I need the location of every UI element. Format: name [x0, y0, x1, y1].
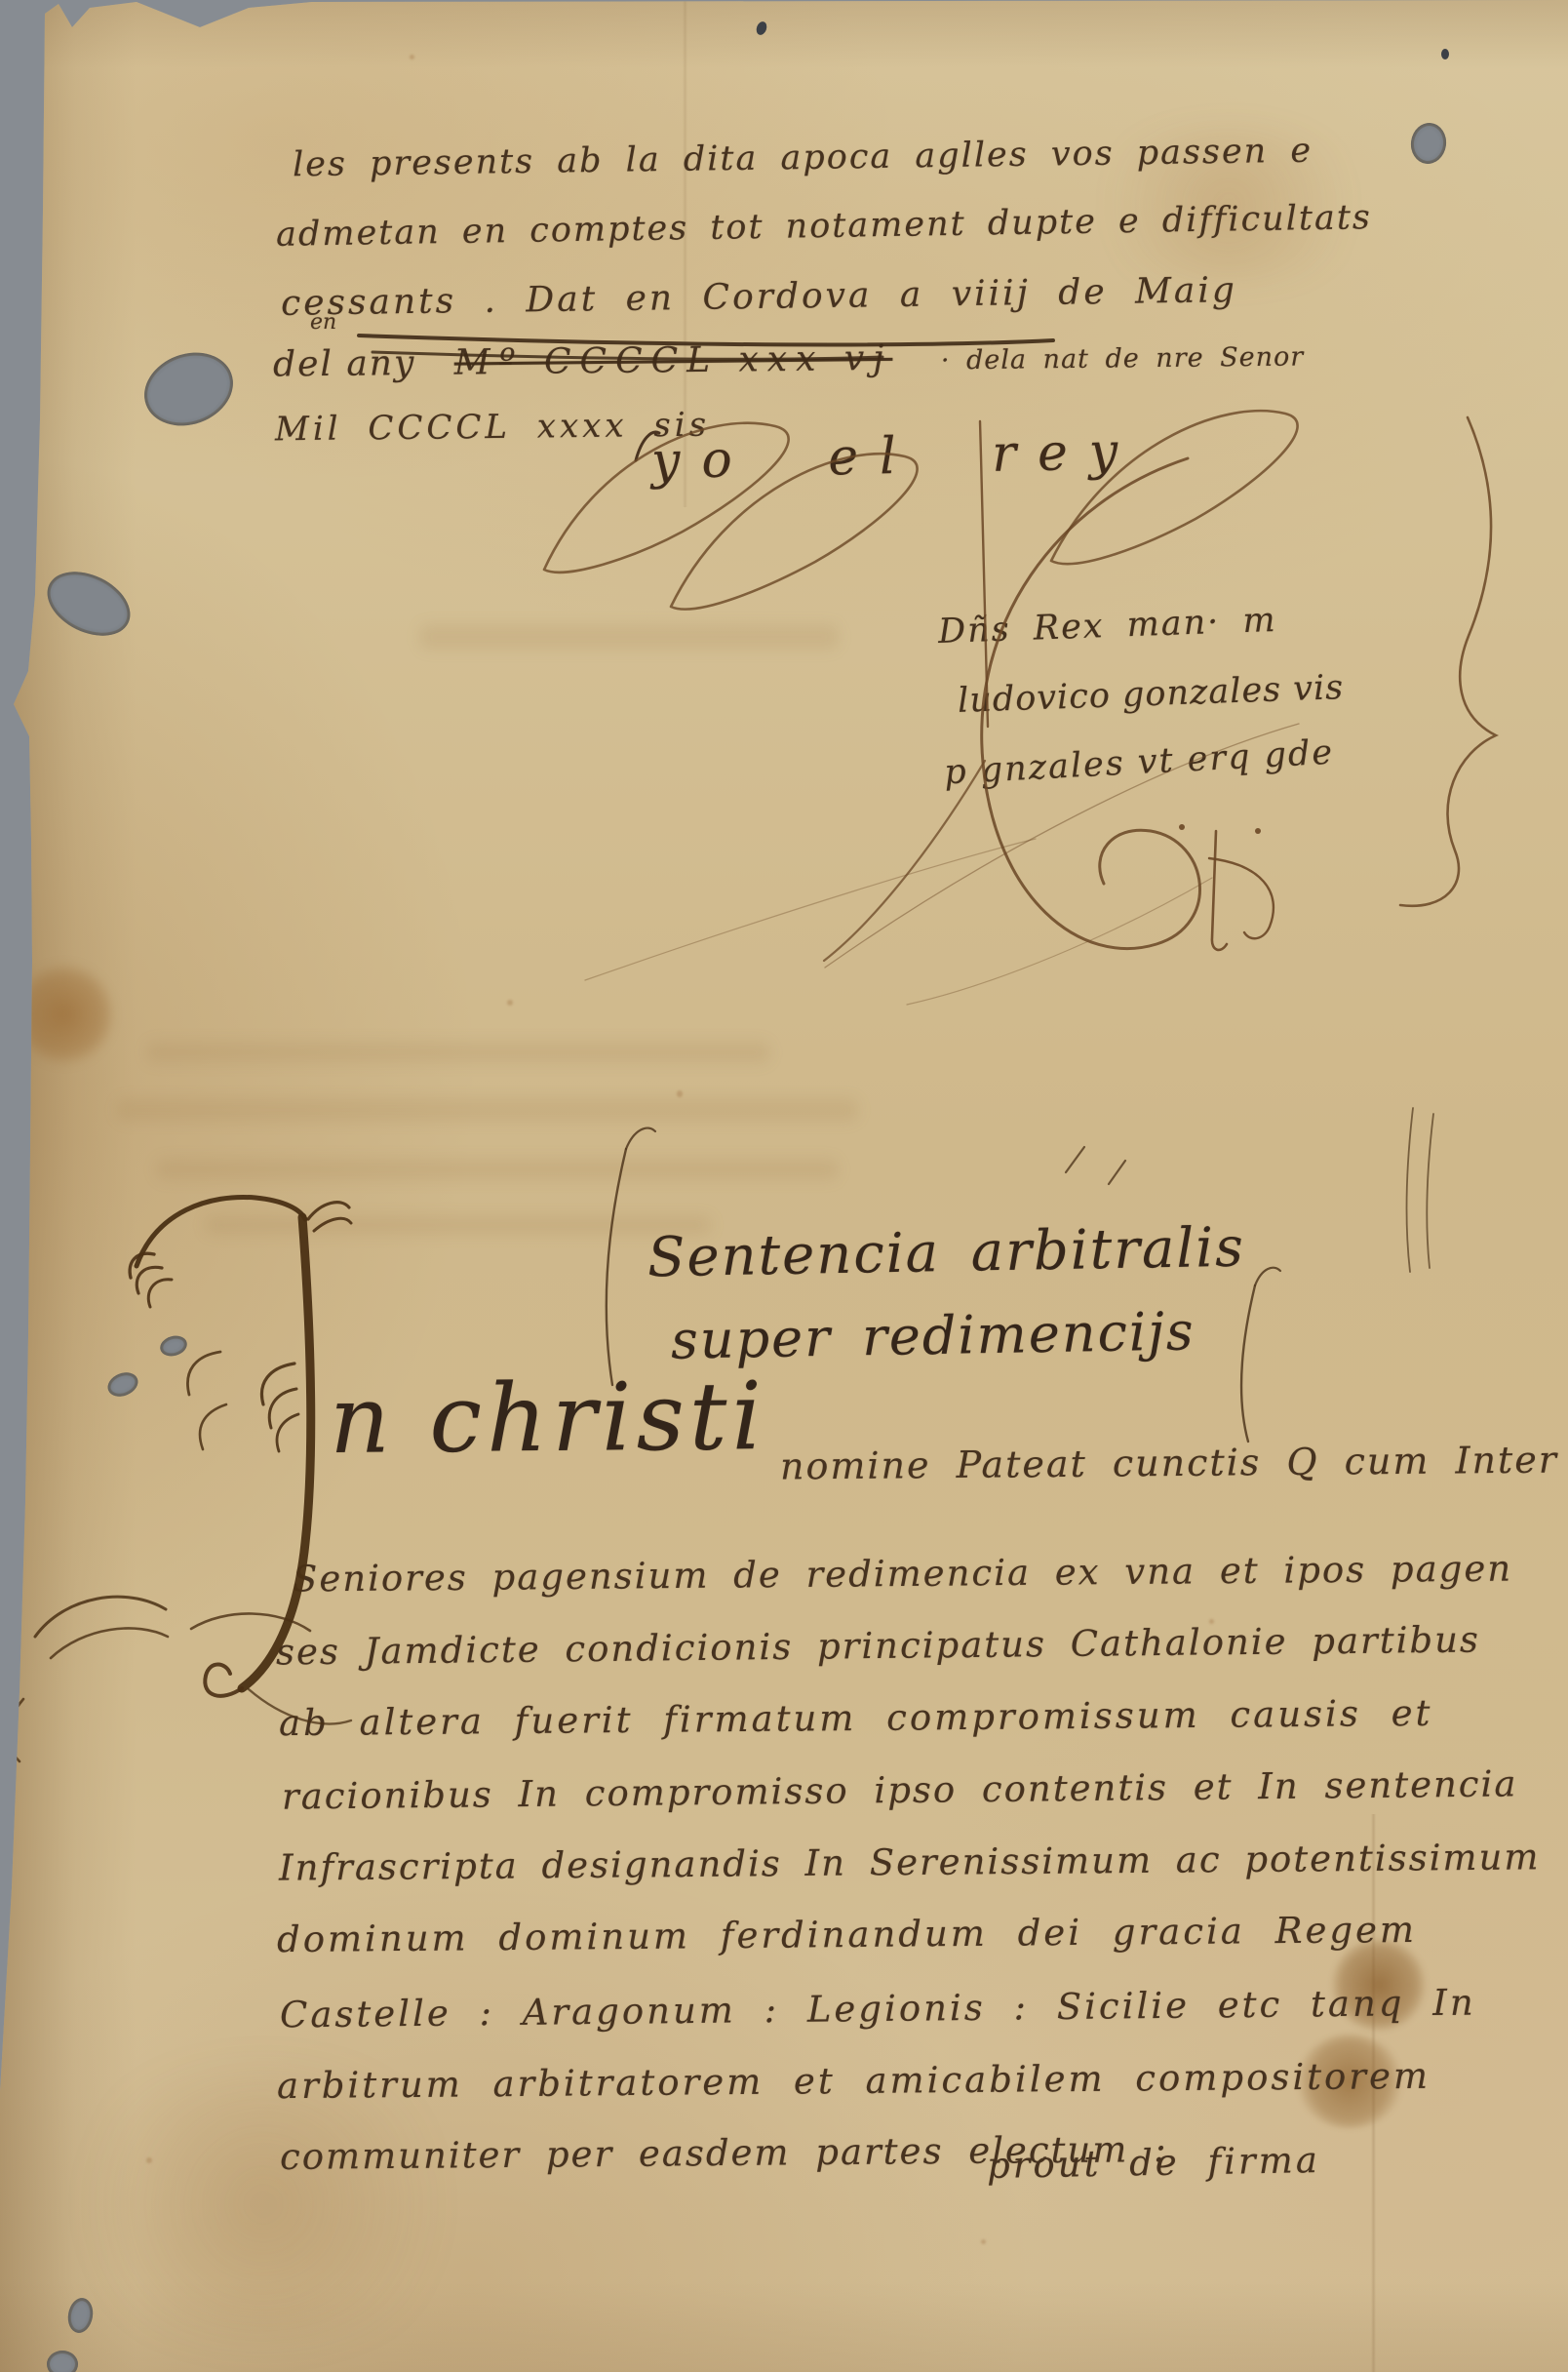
- wormhole: [158, 1333, 189, 1360]
- date-line: del any Mº CCCCL xxx vj · dela nat de nr…: [273, 334, 1305, 384]
- royal-signature: yo el rey: [650, 422, 1139, 491]
- ink-showthrough: [419, 624, 839, 650]
- closing-note-line-3: cessants . Dat en Cordova a viiij de Mai…: [281, 270, 1237, 324]
- manuscript-scan: les presents ab la dita apoca aglles vos…: [0, 0, 1568, 2372]
- ink-showthrough: [117, 1098, 858, 1122]
- foxing-spot: [146, 2157, 152, 2163]
- body-line: dominum dominum ferdinandum dei gracia R…: [277, 1909, 1417, 1960]
- body-line: ses Jamdicte condicionis principatus Cat…: [276, 1619, 1480, 1674]
- damp-stain: [49, 2068, 478, 2341]
- ink-speck: [755, 20, 768, 37]
- body-line: racionibus In compromisso ipso contentis…: [282, 1762, 1518, 1817]
- body-line: Infrascripta designandis In Serenissimum…: [279, 1836, 1541, 1888]
- foxing-spot: [507, 1000, 513, 1006]
- body-closing-phrase: prout de firma: [987, 2139, 1321, 2187]
- left-edge-shading: [0, 0, 137, 2372]
- foxing-spot: [410, 55, 414, 59]
- body-line: ab altera fuerit firmatum compromissum c…: [279, 1692, 1433, 1744]
- ink-showthrough: [205, 1215, 712, 1235]
- heading-line-1: Sentencia arbitralis: [647, 1216, 1245, 1290]
- ink-speck: [1441, 49, 1449, 59]
- incipit-large-words: n christi: [330, 1362, 767, 1475]
- body-line: arbitrum arbitratorem et amicabilem comp…: [277, 2055, 1431, 2107]
- interline-correction: en: [310, 310, 336, 335]
- foxing-spot: [677, 1090, 683, 1097]
- ink-stain: [16, 964, 113, 1065]
- struck-out-year: Mº CCCCL xxx vj: [454, 338, 893, 383]
- wormhole: [65, 2296, 96, 2335]
- chancery-note-line-2: ludovico gonzales vis: [957, 668, 1344, 721]
- wormhole: [104, 1368, 141, 1401]
- date-suffix: · dela nat de nre Senor: [941, 341, 1305, 376]
- decorated-initial: [8, 1197, 351, 1761]
- ink-showthrough: [146, 1042, 770, 1063]
- body-line: Castelle : Aragonum : Legionis : Sicilie…: [280, 1982, 1476, 2036]
- body-line: Seniores pagensium de redimencia ex vna …: [293, 1548, 1512, 1601]
- heading-line-2: super redimencijs: [670, 1300, 1196, 1370]
- ink-showthrough: [156, 1159, 839, 1180]
- wormhole: [134, 340, 243, 437]
- chancery-note-line-3: p gnzales vt erq gde: [943, 733, 1335, 793]
- wormhole: [47, 2351, 78, 2372]
- top-edge-shading: [0, 0, 1568, 68]
- wormhole: [37, 559, 140, 649]
- date-prefix: del any: [273, 343, 416, 385]
- incipit-continuation: nomine Pateat cunctis Q cum Inter: [780, 1439, 1558, 1488]
- wormhole: [1408, 121, 1448, 167]
- foxing-spot: [981, 2239, 986, 2244]
- parchment-page: les presents ab la dita apoca aglles vos…: [0, 0, 1568, 2372]
- wormhole: [8, 1383, 27, 1399]
- chancery-note-line-1: Dñs Rex man· m: [937, 601, 1277, 652]
- year-line: Mil CCCCL xxxx sis: [275, 406, 710, 450]
